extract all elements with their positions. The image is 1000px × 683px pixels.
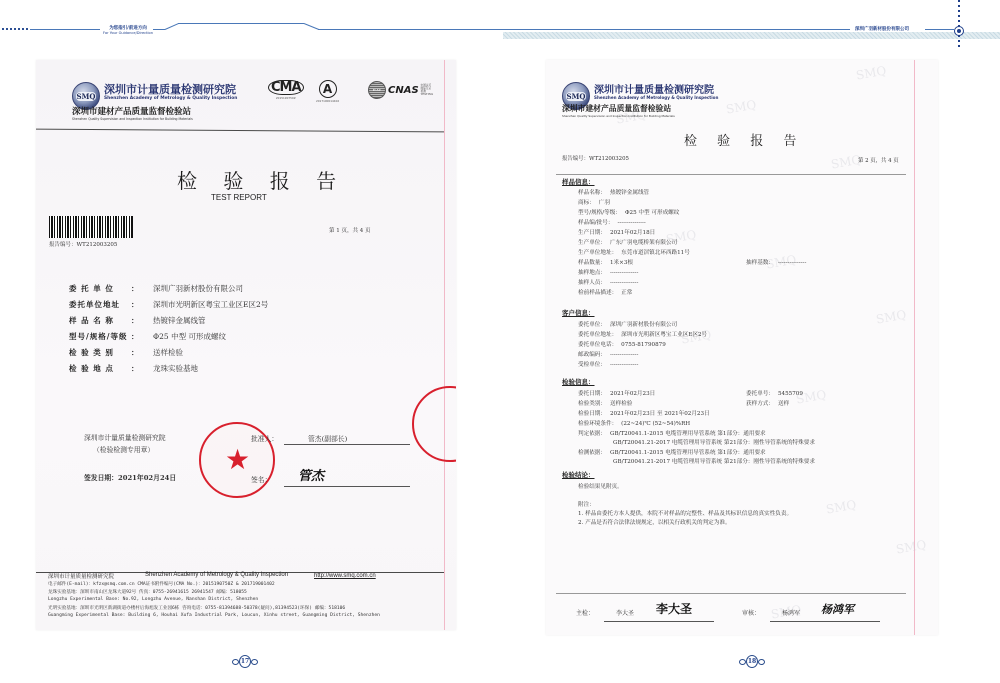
- field-test-type: 检 验 类 别：送样检验: [69, 347, 183, 358]
- cal-cert: A 2017190014402: [316, 78, 339, 103]
- field-model: 型号/规格/等级：Φ25 中型 可形成螺纹: [69, 331, 226, 342]
- kv-test-date: 检验日期：2021年02月23日 至 2021年02月23日: [578, 409, 710, 417]
- section-conclusion: 检验结论：: [562, 470, 595, 479]
- ornament-icon: [232, 659, 239, 665]
- footer-org-cn: 深圳市计量质量检测研究院: [48, 572, 114, 580]
- report-title-cn: 检 验 报 告: [684, 130, 804, 149]
- field-value: 热镀锌金属线管: [153, 315, 206, 326]
- conclusion-text: 检验结果见附页。: [578, 482, 623, 490]
- page-info: 第 1 页，共 4 页: [329, 226, 371, 234]
- kv-sample-condition: 检前样品描述：正常: [578, 288, 632, 296]
- report-number: 报告编号：WT212003205: [49, 240, 117, 248]
- issue-date: 签发日期：2021年02月24日: [84, 472, 176, 482]
- kv-sampling-base: 抽样基数：---------------: [746, 258, 806, 266]
- page-info: 第 2 页，共 4 页: [858, 156, 899, 164]
- footer-guangming-en: Guangming Experimental Base: Building 6,…: [48, 613, 380, 618]
- field-value: 送样检验: [153, 347, 183, 358]
- report-number: 报告编号：WT212003205: [562, 154, 629, 162]
- notes-heading: 附注：: [578, 500, 595, 508]
- banner-rule: [153, 29, 165, 30]
- report-title-en: TEST REPORT: [211, 193, 267, 202]
- approver-label: 批准人：: [251, 433, 278, 443]
- banner-rule: [165, 23, 179, 30]
- kv-sampler: 抽样人员：---------------: [578, 278, 638, 286]
- watermark: SMQ: [875, 307, 907, 326]
- banner-hatch-band: [503, 32, 1000, 39]
- field-value: 龙珠实验基地: [153, 363, 198, 374]
- footer-guangming-cn: 光明实验基地：深圳市光明区新湖街道办楼村后海旭发工业园6栋 咨询电话：0755-…: [48, 605, 345, 611]
- kv-commission-date: 委托日期：2021年02月23日: [578, 389, 655, 397]
- dotted-rule: [2, 28, 30, 30]
- org-name-en: Shenzhen Academy of Metrology & Quality …: [104, 96, 237, 101]
- kv-postcode: 邮政编码：---------------: [578, 350, 638, 358]
- signature-divider: [556, 593, 906, 594]
- kv-batch: 样品编/批号：---------------: [578, 218, 646, 226]
- cal-caption: 2017190014402: [316, 99, 339, 103]
- kv-judgement-basis: 判定依据：GB/T20041.1-2015 电缆管理用导管系统 第1部分：通用要…: [578, 429, 766, 437]
- reviewer-line: [770, 621, 880, 622]
- field-label: 委托单位地址: [69, 299, 131, 310]
- report-page-1: SMQ 深圳市计量质量检测研究院 Shenzhen Academy of Met…: [36, 60, 456, 630]
- field-value: 深圳市光明新区粤宝工业区E区2号: [153, 299, 268, 310]
- approver-name: 管杰(副部长): [308, 433, 347, 443]
- field-value: Φ25 中型 可形成螺纹: [153, 331, 226, 342]
- ornament-icon: [758, 659, 765, 665]
- kv-manufacturer: 生产单位：广东广羽电缆桥架有限公司: [578, 238, 677, 246]
- reviewer-label: 审核：: [742, 608, 760, 617]
- section-sample-info: 样品信息：: [562, 177, 595, 186]
- partial-seal: [412, 386, 456, 462]
- kv-client-address: 委托单位地址：深圳市光明新区粤宝工业区E区2号: [578, 330, 707, 338]
- watermark: SMQ: [725, 97, 757, 116]
- kv-test-basis: 检测依据：GB/T20041.1-2015 电缆管理用导管系统 第1部分：通用要…: [578, 448, 766, 456]
- watermark: SMQ: [855, 63, 887, 82]
- kv-client: 委托单位：深圳广羽新材股份有限公司: [578, 320, 677, 328]
- station-name-cn: 深圳市建材产品质量监督检验站: [562, 103, 671, 114]
- kv-quantity: 样品数量：1米×3根: [578, 258, 633, 266]
- signature-line: [284, 486, 410, 487]
- field-label: 样 品 名 称: [69, 315, 131, 326]
- field-value: 深圳广羽新材股份有限公司: [153, 283, 243, 294]
- banner-left-title: 为您指引/前进方向 For Your Guidance/Direction: [103, 26, 153, 36]
- footer-longzhu-en: Longzhu Experimental Base: No.92, Longzh…: [48, 597, 258, 602]
- approver-signature: 管杰: [298, 465, 324, 484]
- footer-email-line: 电子邮件(E-mail)：kfzx@smq.com.cn CMA证书附件编号(C…: [48, 581, 275, 587]
- cma-cert: CMA 2015190750Z: [268, 80, 304, 100]
- cnas-cert: ILAC CNAS 中国认可国际互认检测TESTING: [368, 81, 433, 99]
- watermark: SMQ: [895, 537, 927, 556]
- field-test-location: 检 验 地 点：龙珠实验基地: [69, 363, 198, 374]
- report-barcode: [49, 216, 133, 238]
- report-page-2: SMQ SMQ SMQ SMQ SMQ SMQ SMQ SMQ SMQ SMQ …: [546, 60, 938, 635]
- ilac-mra-icon: ILAC: [368, 81, 386, 99]
- station-name-cn: 深圳市建材产品质量监督检验站: [72, 105, 191, 117]
- cma-icon: CMA: [268, 80, 304, 95]
- field-label: 型号/规格/等级: [69, 331, 131, 342]
- star-icon: ★: [225, 446, 250, 474]
- banner-rule: [318, 29, 850, 30]
- banner-right-title: 深圳广羽新材股份有限公司: [855, 26, 909, 32]
- ornament-icon: [251, 659, 258, 665]
- seal-org-name: 深圳市计量质量检测研究院: [84, 432, 166, 442]
- page-number-badge: 17: [239, 655, 251, 668]
- banner-rule: [30, 29, 100, 30]
- footer-org-en: Shenzhen Academy of Metrology & Quality …: [145, 572, 288, 578]
- field-label: 委 托 单 位: [69, 283, 131, 294]
- kv-environment: 检验环境条件：(22~24)℃ (52~54)%RH: [578, 419, 690, 427]
- kv-commission-no: 委托单号：5455709: [746, 389, 803, 397]
- kv-manufacturer-address: 生产单位地址：东莞市道滘镇北环西路11号: [578, 248, 690, 256]
- banner-rule: [925, 29, 954, 30]
- smq-logo-text: SMQ: [76, 92, 97, 101]
- signature-label: 签名：: [251, 474, 271, 484]
- org-name-en: Shenzhen Academy of Metrology & Quality …: [594, 95, 718, 100]
- page-number-badge: 18: [746, 655, 758, 668]
- kv-judgement-basis-2: GB/T20041.21-2017 电缆管理用导管系统 第21部分：刚性导管系统…: [609, 438, 815, 446]
- cma-caption: 2015190750Z: [268, 96, 304, 100]
- banner-rule: [178, 23, 304, 24]
- header-divider: [36, 129, 444, 133]
- field-sample-name: 样 品 名 称：热镀锌金属线管: [69, 315, 206, 326]
- header-divider: [556, 174, 906, 175]
- page-number-17: 17: [232, 654, 258, 670]
- brochure-banner: 为您指引/前进方向 For Your Guidance/Direction 深圳…: [0, 0, 1000, 50]
- reviewer-name: 杨鸿军: [782, 608, 800, 617]
- field-label: 检 验 类 别: [69, 347, 131, 358]
- station-name-en: Shenzhen Quality Supervision and Inspect…: [72, 117, 193, 121]
- kv-model: 型号/规格/等级：Φ25 中型 可形成螺纹: [578, 208, 679, 216]
- seal-note: （检验检测专用章）: [93, 444, 154, 454]
- cnas-icon: CNAS: [388, 85, 419, 96]
- field-client-address: 委托单位地址：深圳市光明新区粤宝工业区E区2号: [69, 299, 268, 310]
- target-circle-icon: [954, 26, 964, 36]
- station-name-en: Shenzhen Quality Supervision and Inspect…: [562, 114, 675, 118]
- kv-inspected-unit: 受检单位：---------------: [578, 360, 638, 368]
- banner-left-title-en: For Your Guidance/Direction: [103, 31, 153, 36]
- approver-line: [284, 444, 410, 445]
- inspector-label: 主检：: [576, 608, 594, 617]
- kv-sample-name: 样品名称：热镀锌金属线管: [578, 188, 649, 196]
- kv-brand: 商标：广羽: [578, 198, 610, 206]
- kv-sampling-place: 抽样地点：---------------: [578, 268, 638, 276]
- inspector-signature: 李大圣: [656, 600, 692, 617]
- kv-test-basis-2: GB/T20041.21-2017 电缆管理用导管系统 第21部分：刚性导管系统…: [609, 457, 815, 465]
- org-name-cn: 深圳市计量质量检测研究院: [104, 81, 236, 97]
- vertical-dotted-rule: [958, 0, 960, 48]
- field-label: 检 验 地 点: [69, 363, 131, 374]
- reviewer-signature: 杨鸿军: [821, 601, 854, 617]
- note-item: 1. 样品由委托方本人提供，本院不对样品的完整性、样品及其标识信息的真实性负责。: [578, 509, 792, 517]
- cal-icon: A: [319, 80, 337, 98]
- smq-logo-text: SMQ: [566, 92, 587, 101]
- footer-longzhu-cn: 龙珠实验基地：深圳市南山区龙珠大道92号 传真：0755-26941615 26…: [48, 589, 247, 595]
- page-edge: [444, 60, 445, 630]
- kv-test-type: 检验类别：送样检验: [578, 399, 632, 407]
- section-test-info: 检验信息：: [562, 377, 595, 386]
- watermark: SMQ: [825, 497, 857, 516]
- page-number-18: 18: [739, 654, 765, 670]
- org-name-cn: 深圳市计量质量检测研究院: [594, 81, 714, 96]
- kv-sampling-method: 获样方式：送样: [746, 399, 789, 407]
- kv-client-phone: 委托单位电话：0755-81790879: [578, 340, 666, 348]
- inspector-line: [604, 621, 714, 622]
- cnas-caption: 中国认可国际互认检测TESTING: [421, 84, 434, 96]
- ornament-icon: [739, 659, 746, 665]
- inspector-name: 李大圣: [616, 608, 634, 617]
- report-title-cn: 检 验 报 告: [177, 165, 346, 194]
- note-item: 2. 产品是否符合法律法规规定，以相关行政机关的判定为准。: [578, 518, 731, 526]
- field-client: 委 托 单 位：深圳广羽新材股份有限公司: [69, 283, 243, 294]
- section-client-info: 客户信息：: [562, 308, 595, 317]
- banner-rule: [304, 23, 319, 30]
- kv-production-date: 生产日期：2021年02月18日: [578, 228, 655, 236]
- footer-website-link[interactable]: http://www.smq.com.cn: [314, 573, 376, 579]
